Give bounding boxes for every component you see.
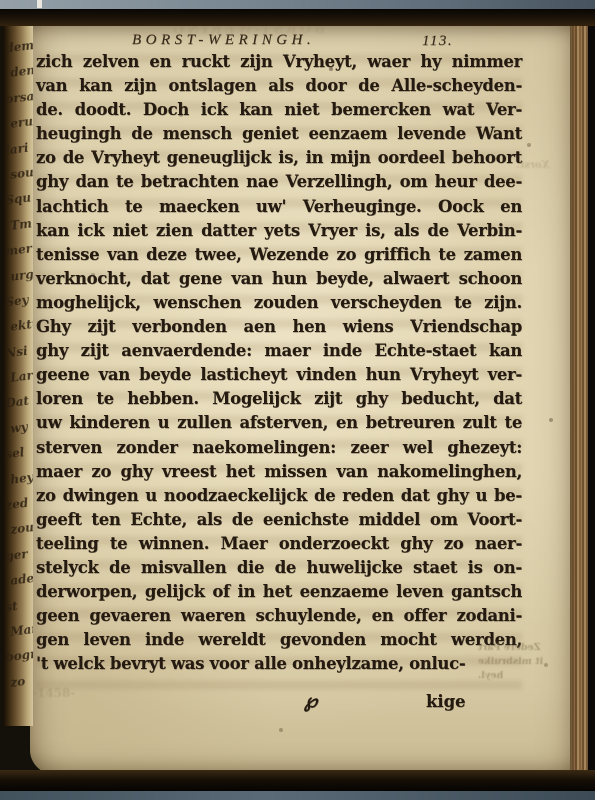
body-text-line: geen gevaeren waeren schuylende, en offe… — [36, 604, 522, 628]
gutter-text-fragment: zo — [3, 673, 33, 702]
scanned-page-photo: BORST-WERING BORST-WERINGH. 113. zich ze… — [0, 0, 595, 800]
signature-mark: ℘ — [304, 690, 317, 712]
body-text-line: heugingh de mensch geniet eenzaem levend… — [36, 122, 522, 146]
body-text-line: loren te hebben. Mogelijck zijt ghy bedu… — [36, 387, 522, 411]
body-text-line: teeling te winnen. Maer onderzoeckt ghy … — [36, 532, 522, 556]
gutter-text-fragment: sel — [3, 445, 33, 474]
gutter-text-fragment: mer — [3, 241, 33, 270]
body-text-line: sterven zonder naekomelingen: zeer wel g… — [36, 436, 522, 460]
body-text-line: geeft ten Echte, als de eenichste middel… — [36, 508, 522, 532]
page-number: 113. — [422, 33, 453, 50]
desk-surface-bottom — [0, 791, 595, 800]
gutter-text-fragment: zou — [3, 521, 33, 550]
gutter-text-fragment: bogr — [3, 648, 33, 677]
body-text-line: Ghy zijt verbonden aen hen wiens Vriends… — [36, 315, 522, 339]
body-text-line: moghelijck, wenschen zouden verscheyden … — [36, 291, 522, 315]
gutter-text-fragment: ektu — [3, 318, 33, 347]
body-text-line: lachtich te maecken uw' Verheuginge. Ooc… — [36, 195, 522, 219]
body-text-line: derworpen, gelijck of in het eenzaeme le… — [36, 580, 522, 604]
gutter-text-fragment: lari — [3, 140, 33, 169]
gutter-text-fragment: urgt — [3, 267, 33, 296]
body-text-line: van kan zijn ontslagen als door de Alle-… — [36, 74, 522, 98]
body-text-line: kan ick niet zien datter yets Vryer is, … — [36, 219, 522, 243]
body-text-line: zo dwingen u noodzaeckelijck de reden da… — [36, 484, 522, 508]
gutter-text-fragment: Nsi — [3, 343, 33, 372]
gutter-text-fragment: ade — [3, 571, 33, 600]
body-text-line: verknocht, dat gene van hun beyde, alwae… — [36, 267, 522, 291]
catchword: kige — [426, 692, 465, 711]
gutter-text-fragment: erut — [3, 114, 33, 143]
margin-note-line: heyl. — [478, 670, 550, 684]
gutter-text-fragment: st — [3, 597, 33, 626]
body-text-line: de. doodt. Doch ick kan niet bemercken w… — [36, 98, 522, 122]
body-text-line: maer zo ghy vreest het missen van nakome… — [36, 460, 522, 484]
desk-surface-top — [0, 0, 595, 9]
running-title: BORST-WERINGH. — [132, 32, 315, 49]
margin-note-line: Zedere Part — [478, 642, 550, 656]
body-text-line: zich zelven en ruckt zijn Vryheyt, waer … — [36, 50, 522, 74]
gutter-text-fragment: den — [3, 64, 33, 93]
book-page: BORST-WERING BORST-WERINGH. 113. zich ze… — [30, 24, 574, 774]
margin-note-line: it misbruike — [478, 656, 550, 670]
book-gutter: demdenorsaerutlarisouSquTmmerurgtSeyektu… — [3, 26, 33, 726]
body-text-line: tenisse van deze twee, Wezende zo griffi… — [36, 243, 522, 267]
body-text-line: gen leven inde wereldt gevonden mocht we… — [36, 628, 522, 652]
book-edge-shadow-right — [588, 0, 595, 800]
body-text-line: geene van beyde lasticheyt vinden hun Vr… — [36, 363, 522, 387]
body-text-line: ghy dan te betrachten nae Verzellingh, o… — [36, 170, 522, 194]
book-cover-edge-bottom — [0, 770, 595, 792]
bottom-showthrough-mark: -1458- — [32, 686, 75, 700]
gutter-text-fragment: Dat — [3, 394, 33, 423]
body-text-line: stelyck de misvallen die de huwelijcke s… — [36, 556, 522, 580]
body-text-line: ghy zijt aenvaerdende: maer inde Echte-s… — [36, 339, 522, 363]
margin-showthrough-word: Xorst. — [516, 160, 549, 171]
book-cover-edge-top — [0, 8, 595, 26]
margin-note-showthrough: Zedere Partit misbruikeheyl. — [478, 642, 550, 684]
body-text-line: 't welck bevryt was voor alle onheylzame… — [36, 652, 522, 676]
body-text-line: uw kinderen u zullen afsterven, en betre… — [36, 411, 522, 435]
gutter-text-fragment: hey — [3, 470, 33, 499]
gutter-text-fragment: Squ — [3, 191, 33, 220]
body-text-line: zo de Vryheyt geneuglijck is, in mijn oo… — [36, 146, 522, 170]
body-text: zich zelven en ruckt zijn Vryheyt, waer … — [36, 50, 522, 676]
top-notch-mark — [37, 0, 42, 8]
